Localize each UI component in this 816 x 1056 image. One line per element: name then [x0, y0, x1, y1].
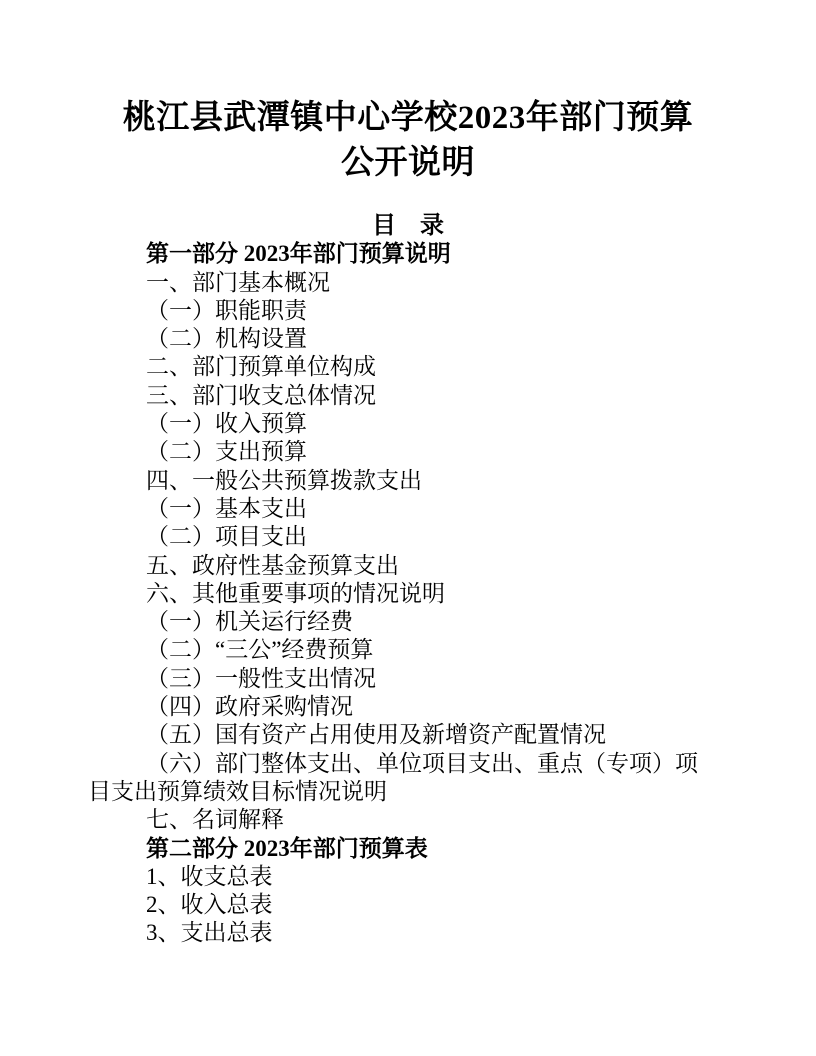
- toc-item: 三、部门收支总体情况: [88, 382, 708, 410]
- toc-item: 3、支出总表: [88, 919, 708, 947]
- toc-item: （四）政府采购情况: [88, 693, 708, 721]
- document-page: 桃江县武潭镇中心学校2023年部门预算 公开说明 目 录 第一部分 2023年部…: [0, 0, 816, 1056]
- toc-item: 2、收入总表: [88, 891, 708, 919]
- toc-list: 第一部分 2023年部门预算说明 一、部门基本概况 （一）职能职责 （二）机构设…: [88, 240, 708, 947]
- toc-item: （二）支出预算: [88, 438, 708, 466]
- toc-item: 五、政府性基金预算支出: [88, 552, 708, 580]
- document-content: 桃江县武潭镇中心学校2023年部门预算 公开说明 目 录 第一部分 2023年部…: [88, 0, 728, 948]
- toc-item: （一）收入预算: [88, 410, 708, 438]
- toc-item: （二）项目支出: [88, 523, 708, 551]
- toc-item: 六、其他重要事项的情况说明: [88, 580, 708, 608]
- toc-item-part2: 第二部分 2023年部门预算表: [88, 835, 708, 863]
- toc-item: （五）国有资产占用使用及新增资产配置情况: [88, 721, 708, 749]
- toc-item: （二）“三公”经费预算: [88, 636, 708, 664]
- toc-item: （一）职能职责: [88, 297, 708, 325]
- document-title-line-1: 桃江县武潭镇中心学校2023年部门预算: [88, 96, 728, 141]
- toc-heading: 目 录: [88, 212, 728, 240]
- toc-item: 一、部门基本概况: [88, 269, 708, 297]
- toc-item: （一）基本支出: [88, 495, 708, 523]
- toc-item: 1、收支总表: [88, 863, 708, 891]
- document-title-line-2: 公开说明: [88, 141, 728, 186]
- document-title: 桃江县武潭镇中心学校2023年部门预算 公开说明: [88, 0, 728, 186]
- toc-item: 四、一般公共预算拨款支出: [88, 467, 708, 495]
- toc-item: （一）机关运行经费: [88, 608, 708, 636]
- toc-item: 七、名词解释: [88, 806, 708, 834]
- toc-item-part1: 第一部分 2023年部门预算说明: [88, 240, 708, 268]
- toc-item: （三）一般性支出情况: [88, 665, 708, 693]
- toc-item-wrapping: （六）部门整体支出、单位项目支出、重点（专项）项目支出预算绩效目标情况说明: [88, 750, 708, 807]
- toc-item: 二、部门预算单位构成: [88, 353, 708, 381]
- toc-item: （二）机构设置: [88, 325, 708, 353]
